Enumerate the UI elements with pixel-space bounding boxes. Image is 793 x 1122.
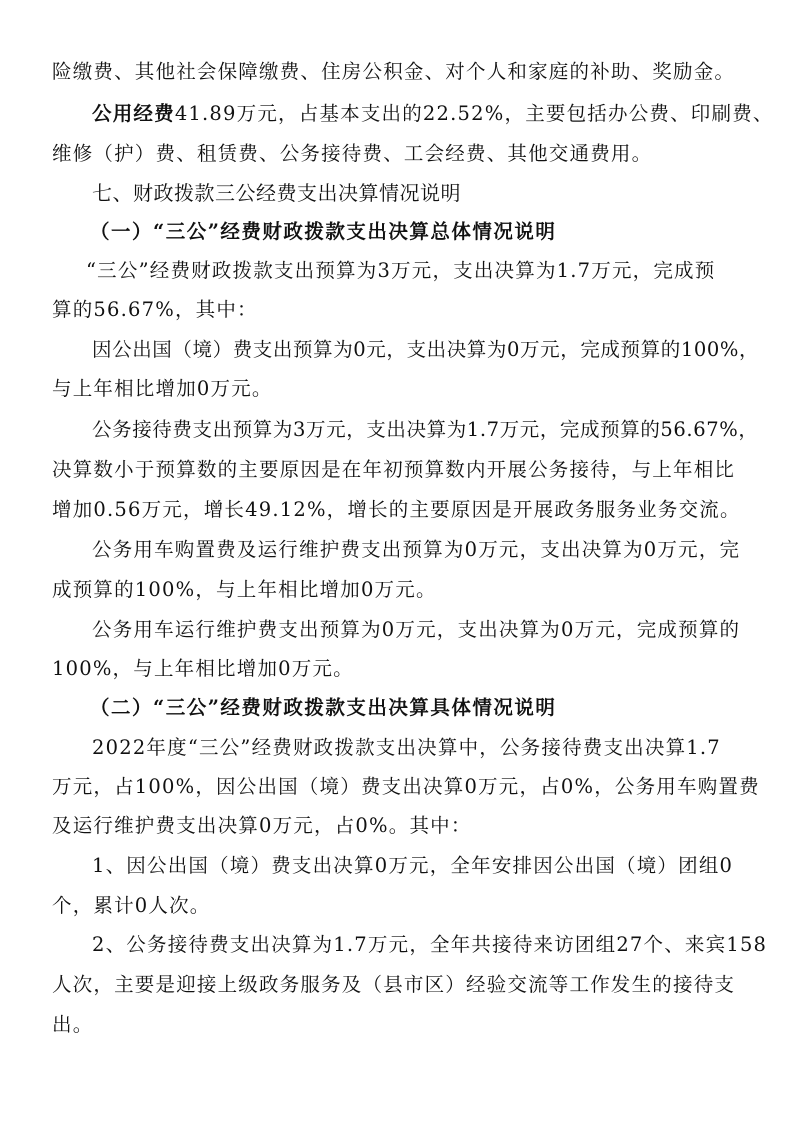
paragraph-line: 公务用车购置费及运行维护费支出预算为0万元，支出决算为0万元，完 [92,537,740,563]
subsection-heading: （一）“三公”经费财政拨款支出决算总体情况说明 [90,219,556,245]
paragraph-line: “三公”经费财政拨款支出预算为3万元，支出决算为1.7万元，完成预 [86,258,715,284]
paragraph-line: 个，累计0人次。 [52,893,211,919]
paragraph-line: 险缴费、其他社会保障缴费、住房公积金、对个人和家庭的补助、奖励金。 [52,59,735,85]
paragraph-line: 公务接待费支出预算为3万元，支出决算为1.7万元，完成预算的56.67%， [92,417,758,443]
paragraph-line: 公务用车运行维护费支出预算为0万元，支出决算为0万元，完成预算的 [92,617,740,643]
subsection-heading: （二）“三公”经费财政拨款支出决算具体情况说明 [90,695,556,721]
paragraph-line: 增加0.56万元，增长49.12%，增长的主要原因是开展政务服务业务交流。 [52,497,741,523]
paragraph-line: 万元，占100%，因公出国（境）费支出决算0万元，占0%，公务用车购置费 [52,774,760,800]
paragraph-line: 与上年相比增加0万元。 [52,376,273,402]
paragraph-line: 维修（护）费、租赁费、公务接待费、工会经费、其他交通费用。 [52,141,652,167]
paragraph-line: 2022年度“三公”经费财政拨款支出决算中，公务接待费支出决算1.7 [92,735,721,761]
paragraph-line: 100%，与上年相比增加0万元。 [52,656,354,682]
paragraph-line: 算的56.67%，其中： [52,297,258,323]
section-heading: 七、财政拨款三公经费支出决算情况说明 [92,180,461,206]
paragraph-line: 人次，主要是迎接上级政务服务及（县市区）经验交流等工作发生的接待支 [52,972,735,998]
paragraph-line: 公用经费41.89万元，占基本支出的22.52%，主要包括办公费、印刷费、 [92,101,774,127]
paragraph-line: 成预算的100%，与上年相比增加0万元。 [52,577,437,603]
paragraph-line: 2、公务接待费支出决算为1.7万元，全年共接待来访团组27个、来宾158 [92,932,767,958]
paragraph-line: 1、因公出国（境）费支出决算0万元，全年安排因公出国（境）团组0 [92,853,733,879]
bold-term: 公用经费 [92,102,175,125]
paragraph-line: 及运行维护费支出决算0万元，占0%。其中： [52,813,472,839]
paragraph-text: 41.89万元，占基本支出的22.52%，主要包括办公费、印刷费、 [175,102,774,125]
paragraph-line: 因公出国（境）费支出预算为0元，支出决算为0万元，完成预算的100%， [92,337,759,363]
paragraph-line: 出。 [52,1012,93,1038]
paragraph-line: 决算数小于预算数的主要原因是在年初预算数内开展公务接待，与上年相比 [52,457,735,483]
